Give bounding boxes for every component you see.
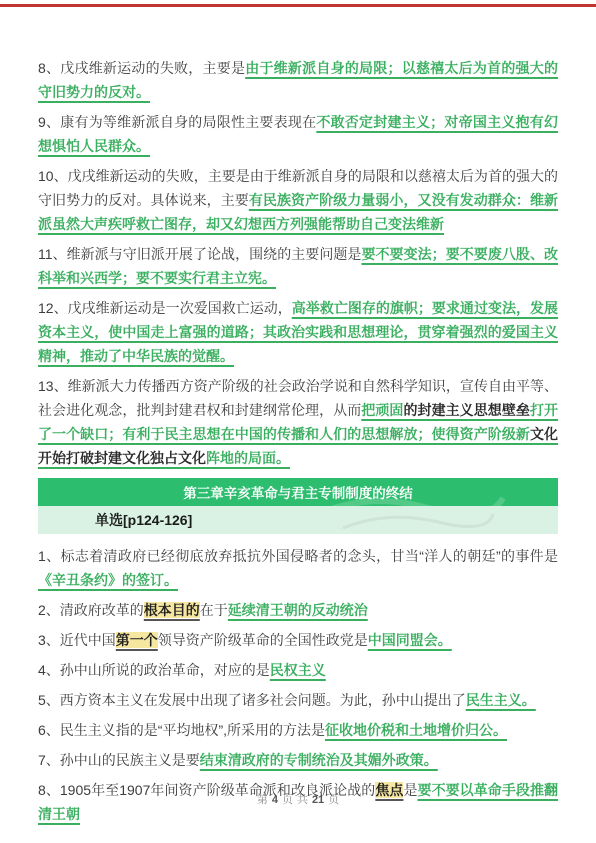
answer-text: 民生主义。 bbox=[466, 692, 536, 708]
page-content: 8、戊戌维新运动的失败，主要是由于维新派自身的局限；以慈禧太后为首的强大的守旧势… bbox=[38, 0, 558, 832]
answer-text: 延续清王朝的反动统治 bbox=[228, 602, 368, 618]
page-footer: 第4页共21页 bbox=[0, 791, 596, 807]
watermark bbox=[338, 508, 498, 532]
footer-text: 第 bbox=[257, 794, 268, 806]
question-text: 3、近代中国 bbox=[38, 632, 116, 648]
question-text: 7、孙中山的民族主义是要 bbox=[38, 752, 200, 768]
question-text: 11、维新派与守旧派开展了论战，围绕的主要问题是 bbox=[38, 246, 361, 262]
list-item: 13、维新派大力传播西方资产阶级的社会政治学说和自然科学知识，宣传自由平等、社会… bbox=[38, 374, 558, 470]
subheader-row: 单选[p124-126] bbox=[38, 506, 558, 534]
answer-text: 《辛丑条约》的签订。 bbox=[38, 572, 178, 588]
question-text: 5、西方资本主义在发展中出现了诸多社会问题。为此，孙中山提出了 bbox=[38, 692, 466, 708]
list-item: 6、民生主义指的是“平均地权”,所采用的方法是征收地价税和土地增价归公。 bbox=[38, 718, 558, 742]
chapter-banner: 第三章辛亥革命与君主专制制度的终结 bbox=[38, 478, 558, 506]
answer-text: 民权主义 bbox=[270, 662, 326, 678]
question-text: 4、孙中山所说的政治革命，对应的是 bbox=[38, 662, 270, 678]
list-item: 2、清政府改革的根本目的在于延续清王朝的反动统治 bbox=[38, 598, 558, 622]
list-item: 8、戊戌维新运动的失败，主要是由于维新派自身的局限；以慈禧太后为首的强大的守旧势… bbox=[38, 56, 558, 104]
question-text: 6、民生主义指的是“平均地权”,所采用的方法是 bbox=[38, 722, 325, 738]
list-item: 1、标志着清政府已经彻底放弃抵抗外国侵略者的念头，甘当“洋人的朝廷”的事件是《辛… bbox=[38, 544, 558, 592]
question-text: 在于 bbox=[200, 602, 228, 618]
list-item: 11、维新派与守旧派开展了论战，围绕的主要问题是要不要变法；要不要废八股、改科举… bbox=[38, 242, 558, 290]
page-number: 4 bbox=[272, 794, 278, 806]
answer-text: 阵地的局面。 bbox=[206, 450, 290, 466]
answer-text: 结束清政府的专制统治及其媚外政策。 bbox=[200, 752, 438, 768]
list-item: 7、孙中山的民族主义是要结束清政府的专制统治及其媚外政策。 bbox=[38, 748, 558, 772]
question-text: 12、戊戌维新运动是一次爱国救亡运动， bbox=[38, 300, 292, 316]
total-pages: 21 bbox=[312, 794, 324, 806]
list-item: 10、戊戌维新运动的失败，主要是由于维新派自身的局限和以慈禧太后为首的强大的守旧… bbox=[38, 164, 558, 236]
footer-text: 页 bbox=[328, 794, 339, 806]
highlighted-term: 根本目的 bbox=[144, 602, 200, 618]
list-item: 9、康有为等维新派自身的局限性主要表现在不敢否定封建主义；对帝国主义抱有幻想惧怕… bbox=[38, 110, 558, 158]
chapter-banner-title: 第三章辛亥革命与君主专制制度的终结 bbox=[183, 486, 413, 501]
list-item: 3、近代中国第一个领导资产阶级革命的全国性政党是中国同盟会。 bbox=[38, 628, 558, 652]
footer-text: 共 bbox=[297, 794, 308, 806]
list-item: 5、西方资本主义在发展中出现了诸多社会问题。为此，孙中山提出了民生主义。 bbox=[38, 688, 558, 712]
key-phrase-dark: 的封建主义思想壁垒 bbox=[403, 402, 530, 418]
question-text: 1、标志着清政府已经彻底放弃抵抗外国侵略者的念头，甘当“洋人的朝廷”的事件是 bbox=[38, 548, 558, 564]
subheader-label: 单选[p124-126] bbox=[95, 512, 192, 528]
question-text: 9、康有为等维新派自身的局限性主要表现在 bbox=[38, 114, 316, 130]
section-xinhai-revolution-notes: 1、标志着清政府已经彻底放弃抵抗外国侵略者的念头，甘当“洋人的朝廷”的事件是《辛… bbox=[38, 544, 558, 826]
footer-text: 页 bbox=[282, 794, 293, 806]
question-text: 2、清政府改革的 bbox=[38, 602, 144, 618]
question-text: 8、戊戌维新运动的失败，主要是 bbox=[38, 60, 245, 76]
answer-text: 征收地价税和土地增价归公。 bbox=[325, 722, 507, 738]
section-reform-movement-notes: 8、戊戌维新运动的失败，主要是由于维新派自身的局限；以慈禧太后为首的强大的守旧势… bbox=[38, 56, 558, 470]
list-item: 12、戊戌维新运动是一次爱国救亡运动，高举救亡图存的旗帜；要求通过变法，发展资本… bbox=[38, 296, 558, 368]
answer-text: 中国同盟会。 bbox=[368, 632, 452, 648]
answer-text: 把顽固 bbox=[361, 402, 403, 418]
highlighted-term: 第一个 bbox=[116, 632, 158, 648]
list-item: 4、孙中山所说的政治革命，对应的是民权主义 bbox=[38, 658, 558, 682]
question-text: 领导资产阶级革命的全国性政党是 bbox=[158, 632, 368, 648]
